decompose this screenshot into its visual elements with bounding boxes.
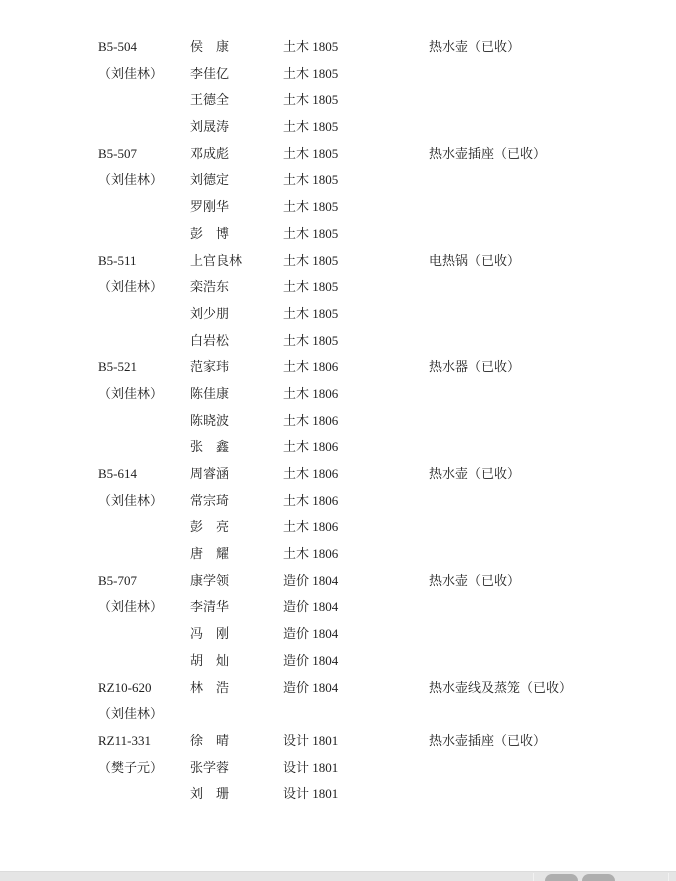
room-cell [98, 434, 190, 461]
item-cell [429, 114, 676, 141]
room-cell [98, 87, 190, 114]
roster-table: B5-504侯 康土木 1805热水壶（已收）（刘佳林）李佳亿土木 1805王德… [0, 34, 676, 808]
class-cell: 土木 1805 [283, 248, 429, 275]
room-cell: （刘佳林） [98, 61, 190, 88]
class-cell: 土木 1805 [283, 301, 429, 328]
item-cell [429, 87, 676, 114]
item-cell [429, 381, 676, 408]
class-cell: 土木 1805 [283, 221, 429, 248]
table-row: B5-614周睿涵土木 1806热水壶（已收） [0, 461, 676, 488]
room-cell: B5-511 [98, 248, 190, 275]
room-cell: （刘佳林） [98, 274, 190, 301]
room-cell [98, 114, 190, 141]
table-row: （樊子元）张学蓉设计 1801 [0, 755, 676, 782]
class-cell: 设计 1801 [283, 728, 429, 755]
item-cell [429, 488, 676, 515]
room-cell [98, 301, 190, 328]
item-cell: 热水器（已收） [429, 354, 676, 381]
class-cell: 土木 1806 [283, 408, 429, 435]
item-cell [429, 167, 676, 194]
item-cell: 热水壶（已收） [429, 34, 676, 61]
student-name-cell: 彭 博 [190, 221, 283, 248]
class-cell: 土木 1806 [283, 434, 429, 461]
toolbar-separator-right [668, 873, 669, 881]
item-cell [429, 701, 676, 728]
room-cell [98, 514, 190, 541]
student-name-cell: 徐 晴 [190, 728, 283, 755]
room-cell: （刘佳林） [98, 381, 190, 408]
toolbar-separator-left [533, 873, 534, 881]
table-row: B5-507邓成彪土木 1805热水壶插座（已收） [0, 141, 676, 168]
student-name-cell: 刘德定 [190, 167, 283, 194]
item-cell: 热水壶（已收） [429, 568, 676, 595]
student-name-cell: 刘晟涛 [190, 114, 283, 141]
class-cell: 造价 1804 [283, 648, 429, 675]
room-cell [98, 408, 190, 435]
document-viewer: B5-504侯 康土木 1805热水壶（已收）（刘佳林）李佳亿土木 1805王德… [0, 0, 676, 881]
table-row: 胡 灿造价 1804 [0, 648, 676, 675]
table-row: B5-504侯 康土木 1805热水壶（已收） [0, 34, 676, 61]
room-cell: B5-507 [98, 141, 190, 168]
table-row: 刘晟涛土木 1805 [0, 114, 676, 141]
room-cell: （刘佳林） [98, 488, 190, 515]
student-name-cell: 罗刚华 [190, 194, 283, 221]
table-row: 张 鑫土木 1806 [0, 434, 676, 461]
class-cell: 土木 1805 [283, 141, 429, 168]
table-row: （刘佳林）陈佳康土木 1806 [0, 381, 676, 408]
class-cell: 设计 1801 [283, 755, 429, 782]
room-cell [98, 194, 190, 221]
student-name-cell: 邓成彪 [190, 141, 283, 168]
table-row: B5-511上官良林土木 1805电热锅（已收） [0, 248, 676, 275]
room-cell: （刘佳林） [98, 167, 190, 194]
student-name-cell: 陈佳康 [190, 381, 283, 408]
student-name-cell: 栾浩东 [190, 274, 283, 301]
class-cell: 造价 1804 [283, 621, 429, 648]
table-row: 王德全土木 1805 [0, 87, 676, 114]
class-cell: 土木 1805 [283, 114, 429, 141]
student-name-cell: 侯 康 [190, 34, 283, 61]
student-name-cell: 范家玮 [190, 354, 283, 381]
table-row: 唐 耀土木 1806 [0, 541, 676, 568]
item-cell [429, 755, 676, 782]
table-row: （刘佳林）李佳亿土木 1805 [0, 61, 676, 88]
student-name-cell: 唐 耀 [190, 541, 283, 568]
table-row: B5-521范家玮土木 1806热水器（已收） [0, 354, 676, 381]
student-name-cell: 李清华 [190, 594, 283, 621]
room-cell: （樊子元） [98, 755, 190, 782]
class-cell: 土木 1806 [283, 461, 429, 488]
item-cell [429, 328, 676, 355]
item-cell [429, 648, 676, 675]
bottom-toolbar [0, 871, 676, 881]
room-cell: RZ11-331 [98, 728, 190, 755]
item-cell [429, 301, 676, 328]
item-cell: 热水壶线及蒸笼（已收） [429, 675, 676, 702]
student-name-cell: 冯 刚 [190, 621, 283, 648]
item-cell [429, 408, 676, 435]
class-cell: 土木 1806 [283, 381, 429, 408]
student-name-cell: 刘 珊 [190, 781, 283, 808]
class-cell: 土木 1806 [283, 488, 429, 515]
table-row: （刘佳林）栾浩东土木 1805 [0, 274, 676, 301]
class-cell: 土木 1806 [283, 514, 429, 541]
table-row: 彭 亮土木 1806 [0, 514, 676, 541]
student-name-cell: 常宗琦 [190, 488, 283, 515]
class-cell: 土木 1806 [283, 354, 429, 381]
room-cell [98, 541, 190, 568]
table-row: RZ10-620林 浩造价 1804热水壶线及蒸笼（已收） [0, 675, 676, 702]
class-cell: 造价 1804 [283, 594, 429, 621]
table-row: 罗刚华土木 1805 [0, 194, 676, 221]
student-name-cell: 张学蓉 [190, 755, 283, 782]
item-cell [429, 434, 676, 461]
room-cell [98, 781, 190, 808]
student-name-cell: 胡 灿 [190, 648, 283, 675]
student-name-cell: 康学领 [190, 568, 283, 595]
item-cell: 热水壶（已收） [429, 461, 676, 488]
class-cell: 土木 1805 [283, 167, 429, 194]
room-cell: （刘佳林） [98, 594, 190, 621]
student-name-cell: 上官良林 [190, 248, 283, 275]
table-row: （刘佳林）李清华造价 1804 [0, 594, 676, 621]
item-cell [429, 61, 676, 88]
student-name-cell: 李佳亿 [190, 61, 283, 88]
table-row: 陈晓波土木 1806 [0, 408, 676, 435]
class-cell: 土木 1806 [283, 541, 429, 568]
table-row: RZ11-331徐 晴设计 1801热水壶插座（已收） [0, 728, 676, 755]
student-name-cell: 林 浩 [190, 675, 283, 702]
table-row: （刘佳林）刘德定土木 1805 [0, 167, 676, 194]
table-row: 刘 珊设计 1801 [0, 781, 676, 808]
item-cell [429, 541, 676, 568]
table-row: B5-707康学领造价 1804热水壶（已收） [0, 568, 676, 595]
item-cell [429, 781, 676, 808]
room-cell: B5-707 [98, 568, 190, 595]
room-cell: B5-521 [98, 354, 190, 381]
student-name-cell: 陈晓波 [190, 408, 283, 435]
item-cell [429, 621, 676, 648]
item-cell: 电热锅（已收） [429, 248, 676, 275]
toolbar-button-right[interactable] [582, 874, 615, 881]
room-cell: B5-504 [98, 34, 190, 61]
class-cell: 土木 1805 [283, 87, 429, 114]
class-cell: 土木 1805 [283, 328, 429, 355]
table-row: 白岩松土木 1805 [0, 328, 676, 355]
class-cell: 造价 1804 [283, 675, 429, 702]
item-cell [429, 514, 676, 541]
room-cell [98, 648, 190, 675]
class-cell: 造价 1804 [283, 568, 429, 595]
class-cell [283, 701, 429, 728]
class-cell: 土木 1805 [283, 34, 429, 61]
student-name-cell: 白岩松 [190, 328, 283, 355]
item-cell [429, 594, 676, 621]
item-cell: 热水壶插座（已收） [429, 728, 676, 755]
room-cell: RZ10-620 [98, 675, 190, 702]
item-cell [429, 274, 676, 301]
student-name-cell: 张 鑫 [190, 434, 283, 461]
item-cell [429, 194, 676, 221]
student-name-cell: 王德全 [190, 87, 283, 114]
item-cell: 热水壶插座（已收） [429, 141, 676, 168]
room-cell: B5-614 [98, 461, 190, 488]
class-cell: 土木 1805 [283, 61, 429, 88]
class-cell: 设计 1801 [283, 781, 429, 808]
table-row: （刘佳林） [0, 701, 676, 728]
table-row: 冯 刚造价 1804 [0, 621, 676, 648]
item-cell [429, 221, 676, 248]
table-row: 刘少朋土木 1805 [0, 301, 676, 328]
student-name-cell: 彭 亮 [190, 514, 283, 541]
class-cell: 土木 1805 [283, 194, 429, 221]
room-cell: （刘佳林） [98, 701, 190, 728]
room-cell [98, 221, 190, 248]
table-row: （刘佳林）常宗琦土木 1806 [0, 488, 676, 515]
student-name-cell: 刘少朋 [190, 301, 283, 328]
room-cell [98, 621, 190, 648]
class-cell: 土木 1805 [283, 274, 429, 301]
table-row: 彭 博土木 1805 [0, 221, 676, 248]
student-name-cell: 周睿涵 [190, 461, 283, 488]
student-name-cell [190, 701, 283, 728]
toolbar-button-left[interactable] [545, 874, 578, 881]
room-cell [98, 328, 190, 355]
